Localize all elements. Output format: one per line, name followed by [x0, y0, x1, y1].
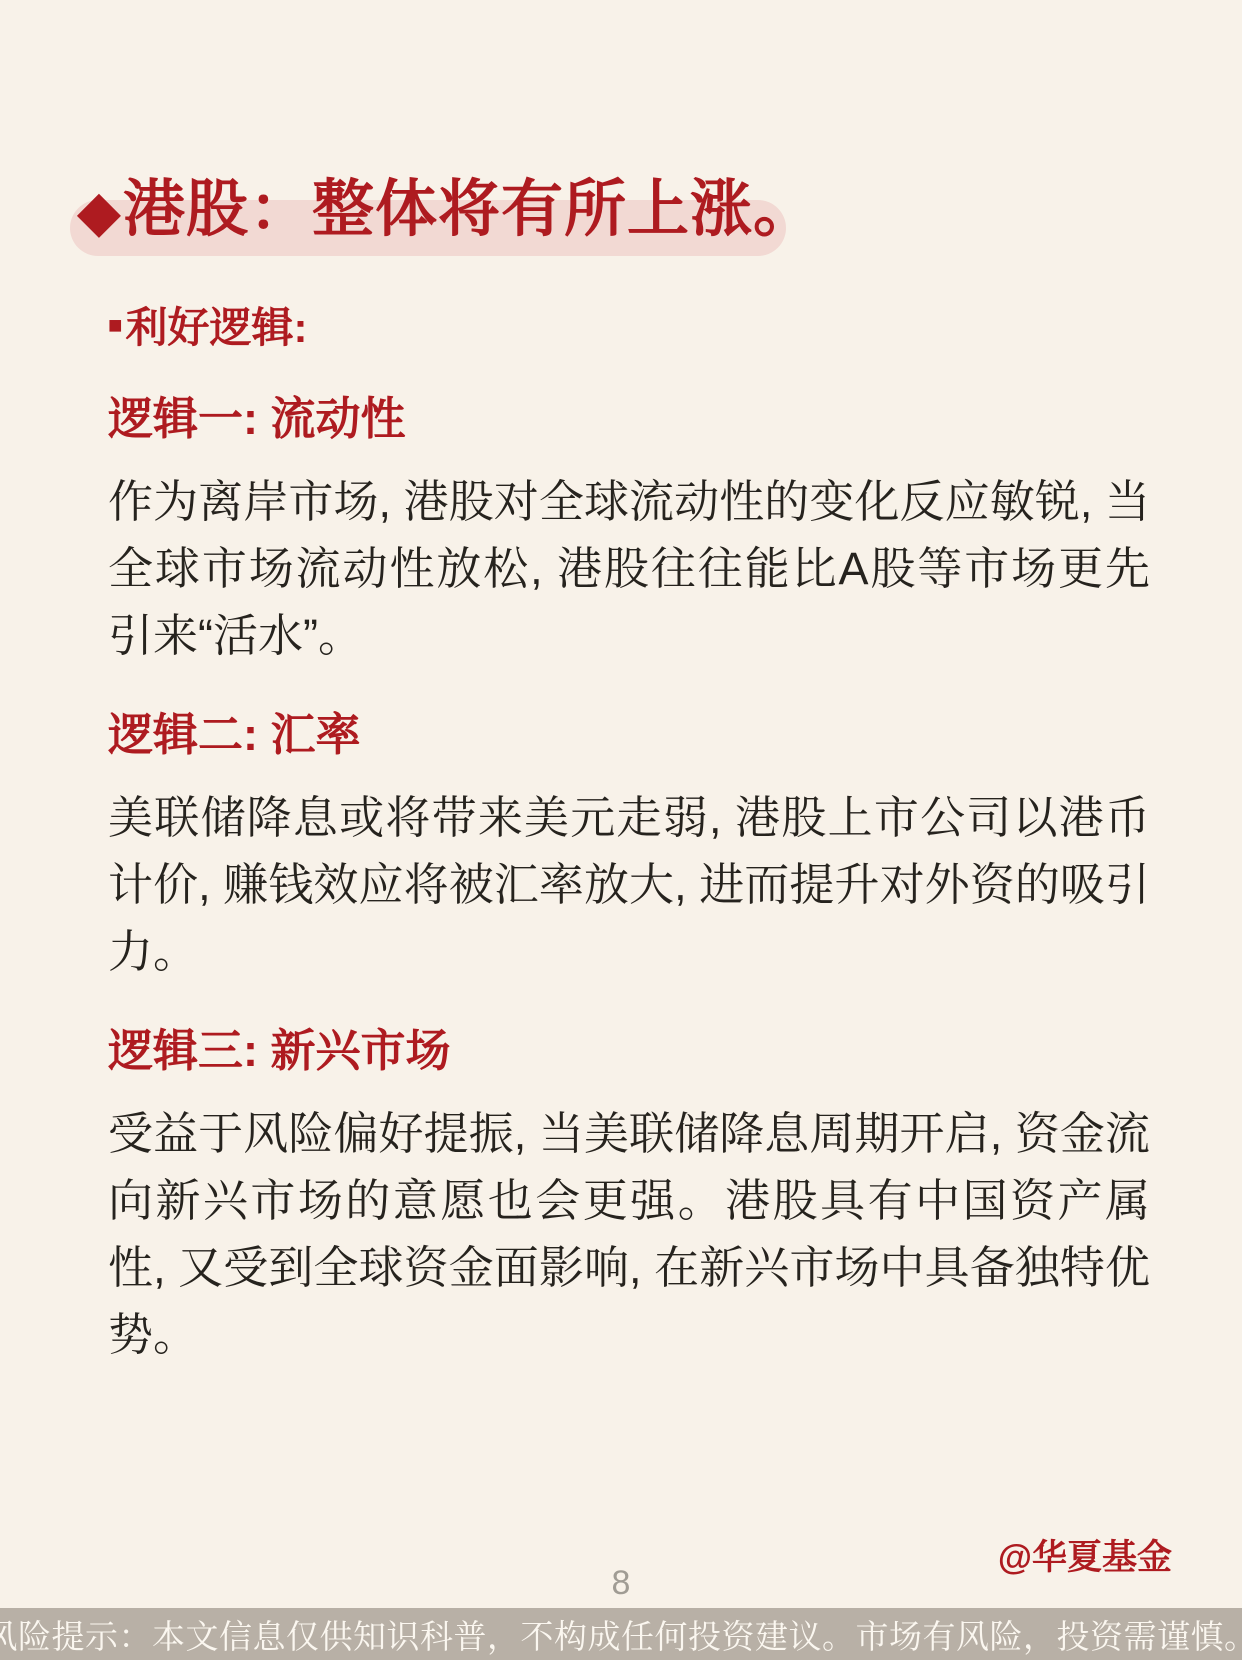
- section-liquidity: 逻辑一: 流动性 作为离岸市场, 港股对全球流动性的变化反应敏锐, 当全球市场流…: [108, 392, 1150, 669]
- section-exchange-rate: 逻辑二: 汇率 美联储降息或将带来美元走弱, 港股上市公司以港币计价, 赚钱效应…: [108, 708, 1150, 985]
- section-body-liquidity: 作为离岸市场, 港股对全球流动性的变化反应敏锐, 当全球市场流动性放松, 港股往…: [108, 468, 1150, 669]
- section-heading-emerging-markets: 逻辑三: 新兴市场: [108, 1024, 1150, 1078]
- section-heading-exchange-rate: 逻辑二: 汇率: [108, 708, 1150, 762]
- subtitle-label: 利好逻辑:: [126, 304, 308, 351]
- section-body-emerging-markets: 受益于风险偏好提振, 当美联储降息周期开启, 资金流向新兴市场的意愿也会更强。港…: [108, 1100, 1150, 1368]
- page-title: ◆港股：整体将有所上涨。: [78, 168, 816, 254]
- section-body-exchange-rate: 美联储降息或将带来美元走弱, 港股上市公司以港币计价, 赚钱效应将被汇率放大, …: [108, 784, 1150, 985]
- square-bullet-icon: ■: [108, 312, 123, 339]
- poster-page: ◆港股：整体将有所上涨。 ■利好逻辑: 逻辑一: 流动性 作为离岸市场, 港股对…: [0, 0, 1242, 1660]
- subtitle: ■利好逻辑:: [108, 300, 308, 354]
- page-number: 8: [0, 1564, 1242, 1603]
- section-heading-liquidity: 逻辑一: 流动性: [108, 392, 1150, 446]
- section-emerging-markets: 逻辑三: 新兴市场 受益于风险偏好提振, 当美联储降息周期开启, 资金流向新兴市…: [108, 1024, 1150, 1368]
- disclaimer-text: 风险提示：本文信息仅供知识科普，不构成任何投资建议。市场有风险，投资需谨慎。: [0, 1611, 1242, 1658]
- diamond-bullet-icon: ◆: [78, 181, 121, 242]
- page-title-label: 港股：整体将有所上涨。: [123, 175, 816, 244]
- disclaimer-bar: 风险提示：本文信息仅供知识科普，不构成任何投资建议。市场有风险，投资需谨慎。: [0, 1608, 1242, 1660]
